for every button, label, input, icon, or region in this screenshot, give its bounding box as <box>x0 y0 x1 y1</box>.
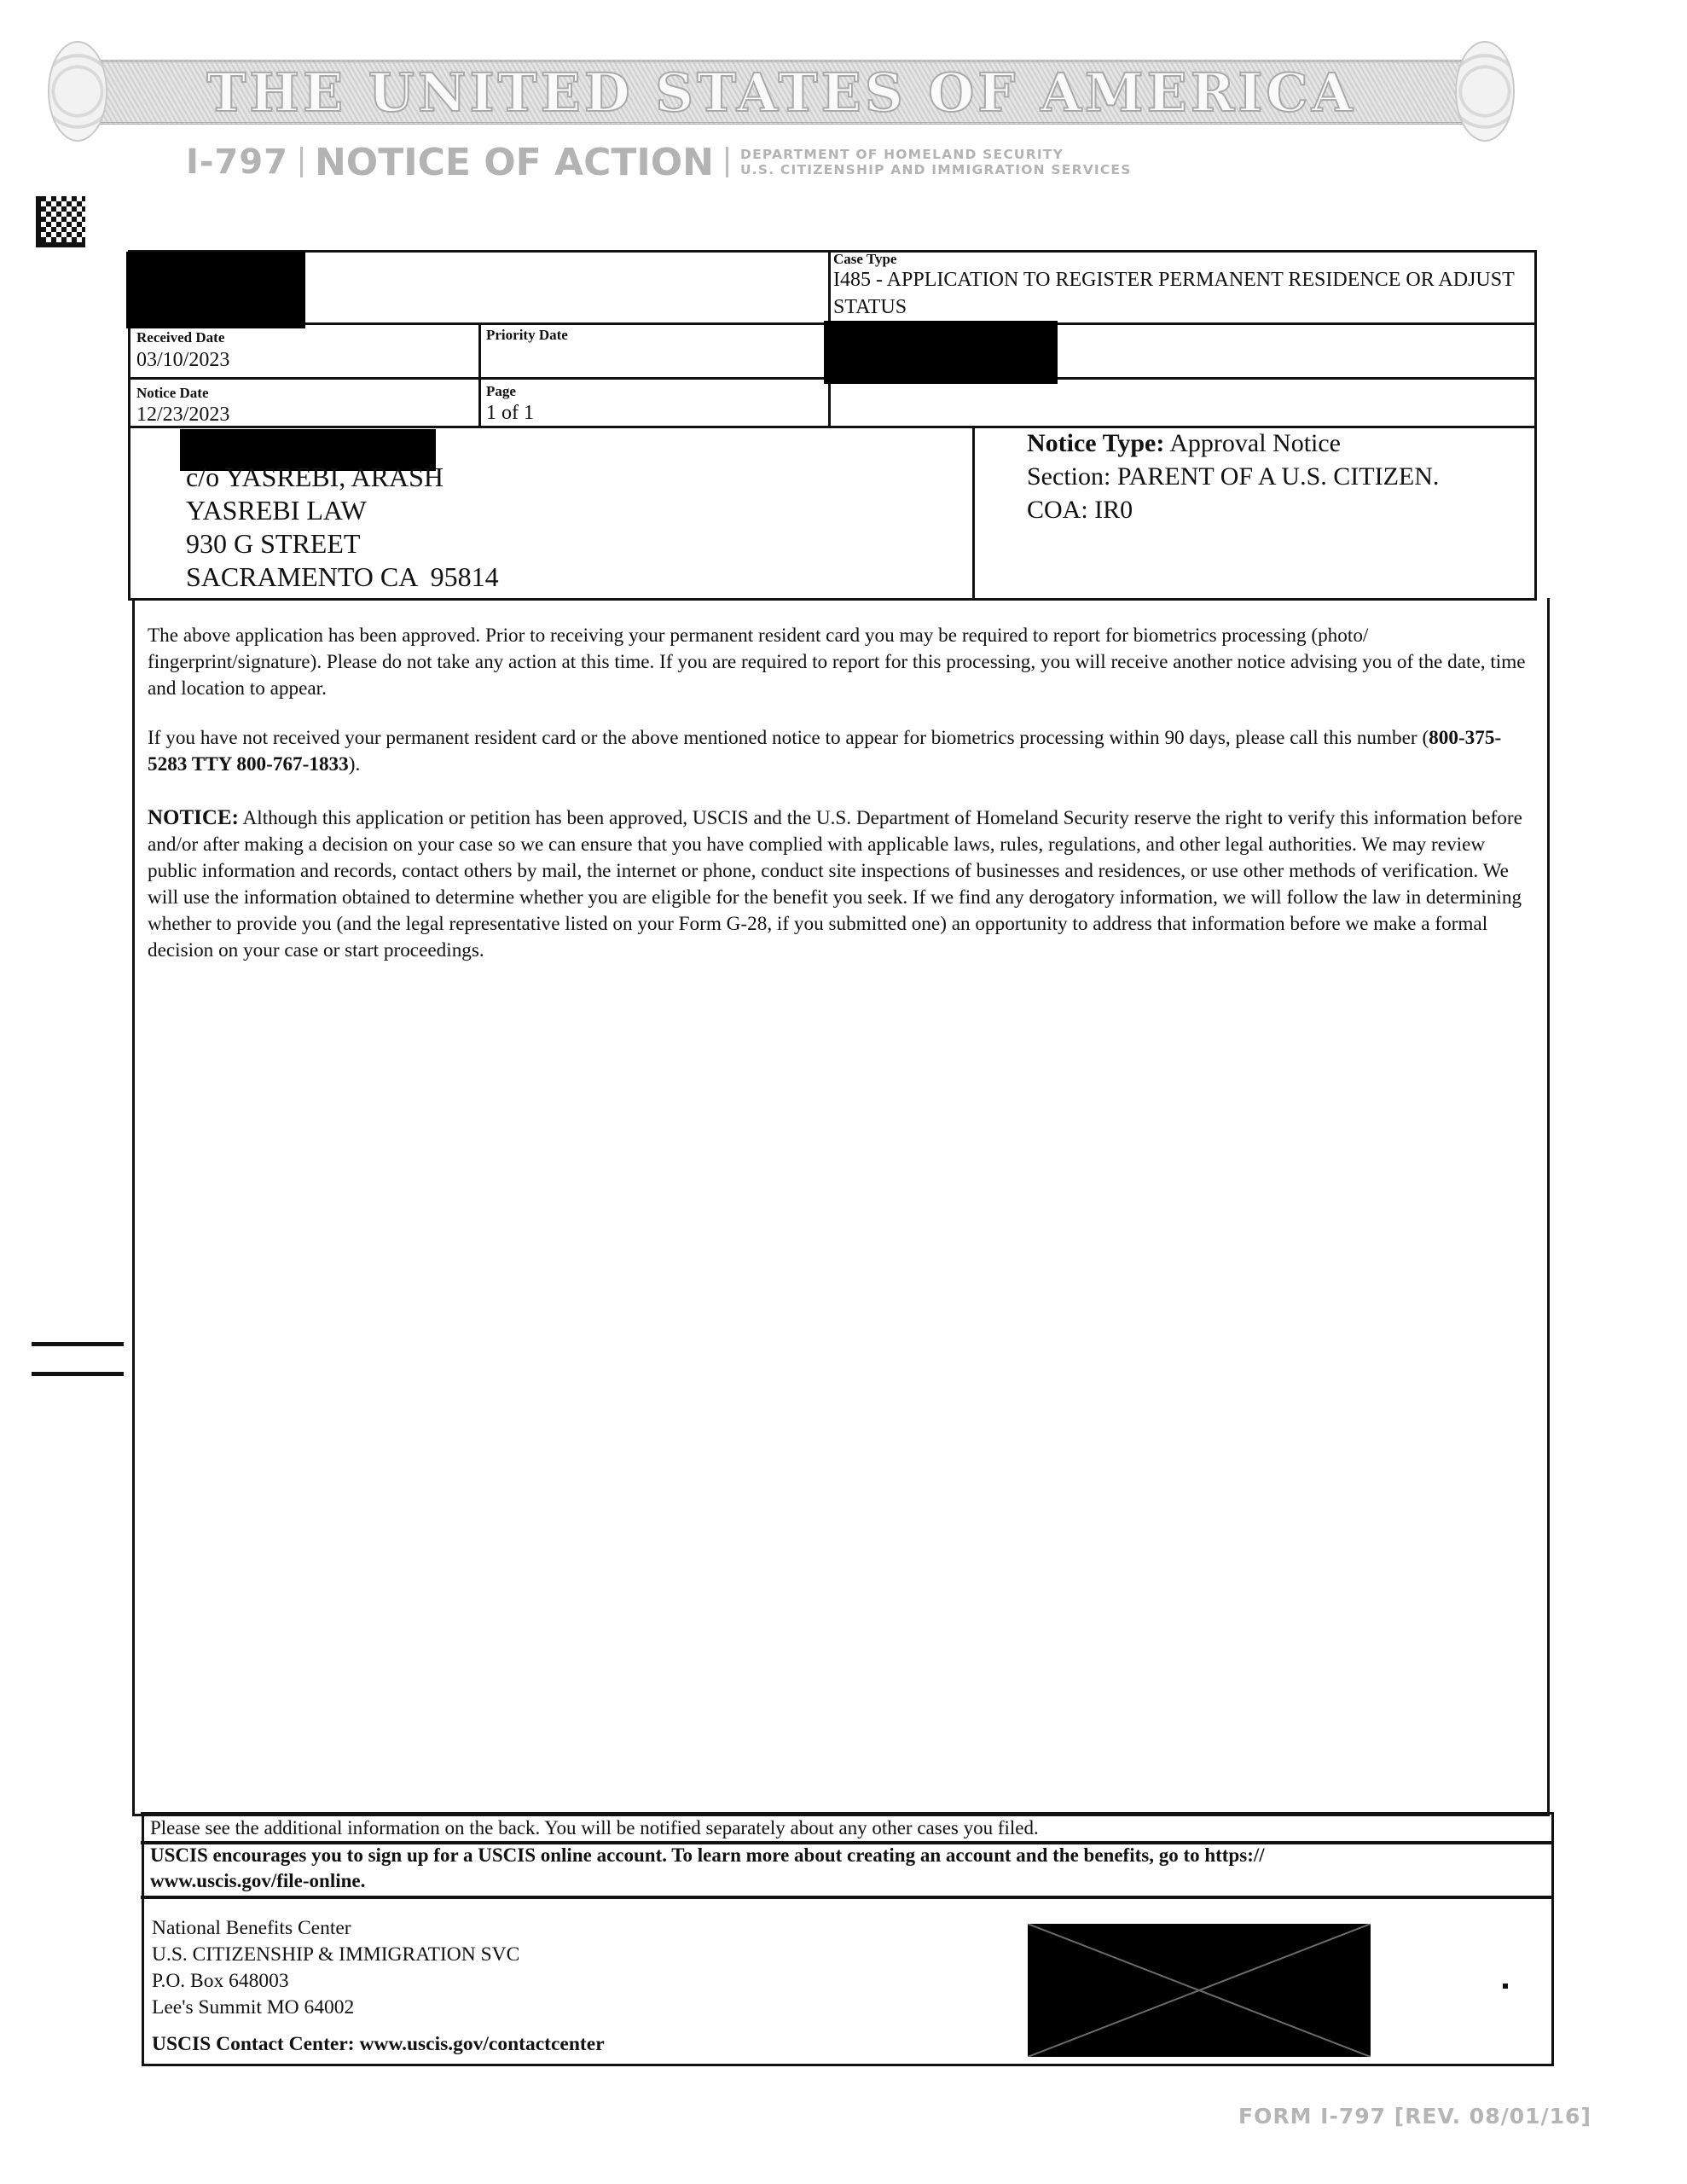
page-label: Page <box>486 383 516 400</box>
approval-paragraph: The above application has been approved.… <box>148 623 1538 702</box>
case-type-value: I485 - APPLICATION TO REGISTER PERMANENT… <box>833 266 1516 321</box>
address-line: YASREBI LAW <box>186 494 499 527</box>
notice-coa: COA: IR0 <box>1027 493 1439 526</box>
department-line-2: U.S. CITIZENSHIP AND IMMIGRATION SERVICE… <box>740 162 1132 177</box>
office-line: National Benefits Center <box>152 1915 519 1942</box>
notice-body-box <box>132 598 1550 1816</box>
datamatrix-barcode-icon <box>36 196 85 247</box>
divider <box>300 147 303 177</box>
notice-date-label: Notice Date <box>136 385 209 402</box>
redacted-applicant-name <box>824 321 1058 384</box>
notice-text: Although this application or petition ha… <box>148 807 1522 961</box>
form-title: NOTICE OF ACTION <box>315 141 714 184</box>
department-line-1: DEPARTMENT OF HOMELAND SECURITY <box>740 147 1064 162</box>
form-heading: I-797 NOTICE OF ACTION DEPARTMENT OF HOM… <box>186 138 1132 186</box>
case-type-label: Case Type <box>833 251 896 268</box>
biometrics-paragraph: If you have not received your permanent … <box>148 725 1538 778</box>
header-banner: THE UNITED STATES OF AMERICA <box>48 41 1515 142</box>
contact-center-link[interactable]: USCIS Contact Center: www.uscis.gov/cont… <box>152 2033 605 2056</box>
scan-mark <box>32 1372 124 1376</box>
notice-type-label: Notice Type: <box>1027 429 1164 457</box>
paragraph-text: If you have not received your permanent … <box>148 727 1429 749</box>
address-line: 930 G STREET <box>186 527 499 561</box>
column-divider <box>478 322 481 426</box>
office-line: Lee's Summit MO 64002 <box>152 1995 519 2021</box>
ornament-icon <box>48 41 107 142</box>
address-line: SACRAMENTO CA 95814 <box>186 561 499 594</box>
office-line: P.O. Box 648003 <box>152 1968 519 1995</box>
paragraph-text: ). <box>349 753 361 775</box>
office-address: National Benefits Center U.S. CITIZENSHI… <box>152 1915 519 2021</box>
page-value: 1 of 1 <box>486 402 534 425</box>
banner-title: THE UNITED STATES OF AMERICA <box>116 60 1446 125</box>
divider <box>726 147 728 177</box>
notice-heading: NOTICE: <box>148 806 239 829</box>
notice-details: Notice Type: Approval Notice Section: PA… <box>1027 427 1439 526</box>
received-date-label: Received Date <box>136 329 224 346</box>
column-divider <box>972 426 975 601</box>
notice-section: Section: PARENT OF A U.S. CITIZEN. <box>1027 460 1439 493</box>
address-line: c/o YASREBI, ARASH <box>186 461 499 494</box>
scan-mark <box>32 1342 124 1346</box>
mailing-address: c/o YASREBI, ARASH YASREBI LAW 930 G STR… <box>186 461 499 594</box>
ornament-icon <box>1455 41 1515 142</box>
notice-type-value: Approval Notice <box>1169 429 1341 457</box>
department-name: DEPARTMENT OF HOMELAND SECURITY U.S. CIT… <box>740 147 1132 177</box>
mark-dot <box>1503 1984 1508 1989</box>
notice-paragraph: NOTICE: Although this application or pet… <box>148 804 1538 964</box>
notice-date-value: 12/23/2023 <box>136 404 229 427</box>
form-number: I-797 <box>186 142 288 182</box>
redacted-signature-box <box>1028 1924 1371 2057</box>
priority-date-label: Priority Date <box>486 327 568 344</box>
received-date-value: 03/10/2023 <box>136 349 229 372</box>
cross-icon <box>1028 1924 1371 2057</box>
office-line: U.S. CITIZENSHIP & IMMIGRATION SVC <box>152 1942 519 1968</box>
redacted-receipt-number <box>126 252 305 328</box>
form-revision: FORM I-797 [REV. 08/01/16] <box>1238 2104 1591 2129</box>
